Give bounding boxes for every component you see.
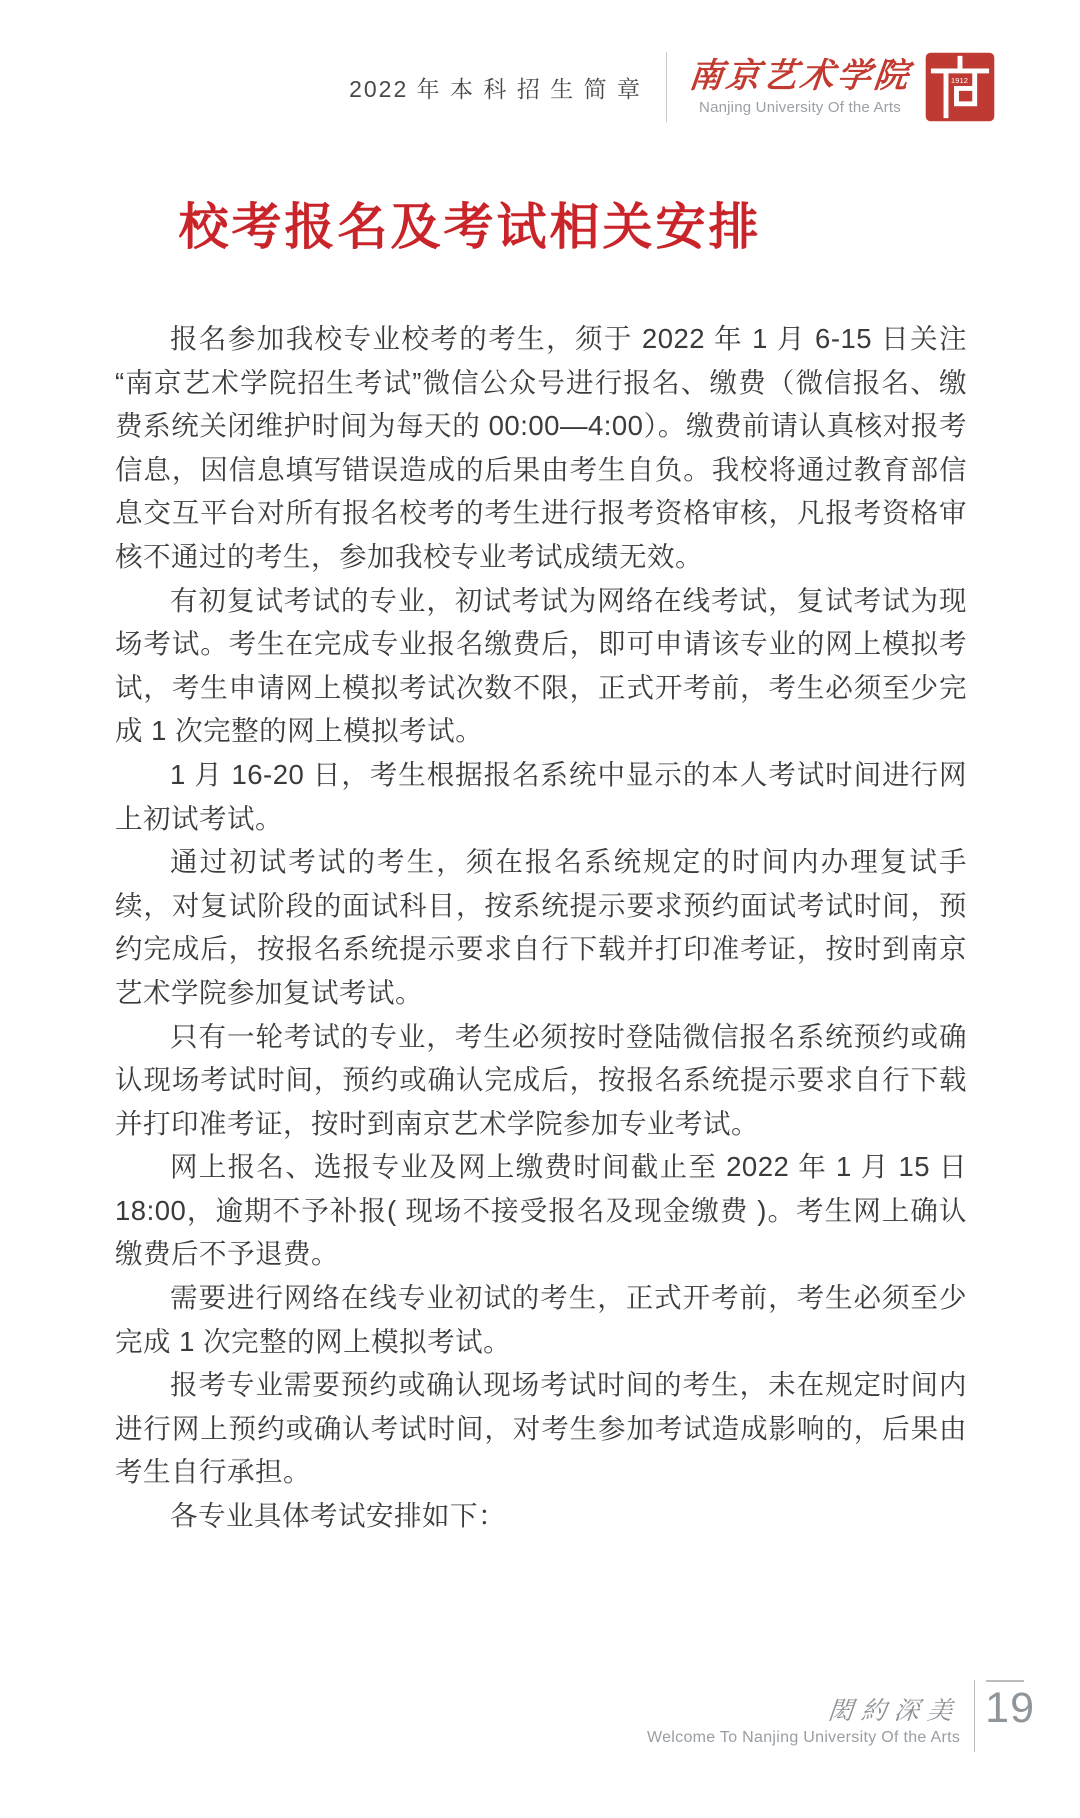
page-number-topbar [986,1680,1024,1682]
paragraph-4: 通过初试考试的考生，须在报名系统规定的时间内办理复试手续，对复试阶段的面试科目，… [115,840,967,1014]
university-logo: 南京艺术学院 Nanjing University Of the Arts 19… [689,52,995,122]
paragraph-3: 1 月 16-20 日，考生根据报名系统中显示的本人考试时间进行网上初试考试。 [115,753,967,840]
brochure-page: 2022 年 本 科 招 生 简 章 南京艺术学院 Nanjing Univer… [0,0,1080,1818]
paragraph-9: 各专业具体考试安排如下： [115,1494,967,1538]
body-text: 报名参加我校专业校考的考生，须于 2022 年 1 月 6-15 日关注“南京艺… [115,317,967,1538]
motto-calligraphy: 閎約深美 [646,1698,962,1726]
seal-year-text: 1912 [951,76,968,85]
page-footer: 閎約深美 Welcome To Nanjing University Of th… [0,1680,1035,1752]
paragraph-7: 需要进行网络在线专业初试的考生，正式开考前，考生必须至少完成 1 次完整的网上模… [115,1276,967,1363]
header-divider [666,52,667,122]
paragraph-6: 网上报名、选报专业及网上缴费时间截止至 2022 年 1 月 15 日 18:0… [115,1145,967,1276]
paragraph-2: 有初复试考试的专业，初试考试为网络在线考试，复试考试为现场考试。考生在完成专业报… [115,579,967,753]
paragraph-1: 报名参加我校专业校考的考生，须于 2022 年 1 月 6-15 日关注“南京艺… [115,317,967,579]
paragraph-8: 报考专业需要预约或确认现场考试时间的考生，未在规定时间内进行网上预约或确认考试时… [115,1363,967,1494]
logo-english-name: Nanjing University Of the Arts [689,99,911,116]
doc-title: 2022 年 本 科 招 生 简 章 [349,71,642,104]
paragraph-5: 只有一轮考试的专业，考生必须按时登陆微信报名系统预约或确认现场考试时间，预约或确… [115,1015,967,1146]
page-header: 2022 年 本 科 招 生 简 章 南京艺术学院 Nanjing Univer… [0,0,1080,122]
page-number-block: 19 [974,1680,1035,1752]
footer-welcome-text: Welcome To Nanjing University Of the Art… [647,1729,960,1747]
logo-chinese-name: 南京艺术学院 [687,58,913,95]
university-seal-icon: 1912 [925,52,995,122]
university-logo-text: 南京艺术学院 Nanjing University Of the Arts [689,58,911,115]
page-title: 校考报名及考试相关安排 [0,200,1080,255]
page-number: 19 [985,1687,1035,1730]
footer-text-block: 閎約深美 Welcome To Nanjing University Of th… [647,1680,960,1747]
